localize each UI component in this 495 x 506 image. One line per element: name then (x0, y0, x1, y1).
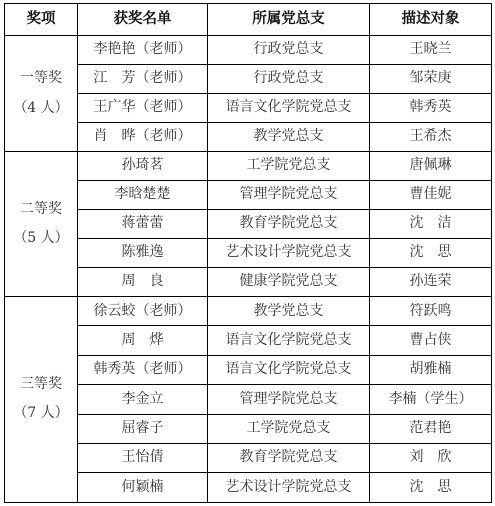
party-branch: 语言文化学院党总支 (208, 94, 370, 123)
party-branch: 语言文化学院党总支 (208, 355, 370, 384)
table-row: 蒋蕾蕾 教育学院党总支 沈 洁 (5, 210, 492, 239)
party-branch: 行政党总支 (208, 36, 370, 65)
described-person: 邹荣庚 (370, 65, 492, 94)
party-branch: 艺术设计学院党总支 (208, 239, 370, 268)
party-branch: 健康学院党总支 (208, 268, 370, 297)
party-branch: 语言文化学院党总支 (208, 326, 370, 355)
table-row: 周 烨 语言文化学院党总支 曹占侠 (5, 326, 492, 355)
award-level-label: 一等奖 (5, 71, 77, 86)
party-branch: 行政党总支 (208, 65, 370, 94)
party-branch: 艺术设计学院党总支 (208, 473, 370, 502)
header-subject: 描述对象 (370, 4, 492, 36)
award-count: （7 人） (5, 406, 77, 421)
award-level-label: 三等奖 (5, 377, 77, 392)
party-branch: 教育学院党总支 (208, 210, 370, 239)
described-person: 孙连荣 (370, 268, 492, 297)
party-branch: 工学院党总支 (208, 152, 370, 181)
winner-name: 肖 晔（老师） (78, 123, 208, 152)
table-row: 屈睿子 工学院党总支 范君艳 (5, 414, 492, 443)
award-level-label: 二等奖 (5, 202, 77, 217)
winner-name: 徐云蛟（老师） (78, 297, 208, 326)
table-row: 何颖楠 艺术设计学院党总支 沈 思 (5, 473, 492, 502)
table-row: 陈雅逸 艺术设计学院党总支 沈 思 (5, 239, 492, 268)
award-level-second: 二等奖 （5 人） (5, 152, 78, 297)
described-person: 韩秀英 (370, 94, 492, 123)
party-branch: 管理学院党总支 (208, 181, 370, 210)
winner-name: 李艳艳（老师） (78, 36, 208, 65)
header-level: 奖项 (5, 4, 78, 36)
awards-table: 奖项 获奖名单 所属党总支 描述对象 一等奖 （4 人） 李艳艳（老师） 行政党… (4, 3, 492, 503)
table-row: 周 良 健康学院党总支 孙连荣 (5, 268, 492, 297)
winner-name: 周 烨 (78, 326, 208, 355)
winner-name: 韩秀英（老师） (78, 355, 208, 384)
described-person: 曹占侠 (370, 326, 492, 355)
described-person: 沈 思 (370, 239, 492, 268)
award-level-third: 三等奖 （7 人） (5, 297, 78, 503)
described-person: 李楠（学生） (370, 385, 492, 414)
award-count: （4 人） (5, 101, 77, 116)
described-person: 沈 洁 (370, 210, 492, 239)
table-row: 王广华（老师） 语言文化学院党总支 韩秀英 (5, 94, 492, 123)
winner-name: 江 芳（老师） (78, 65, 208, 94)
party-branch: 教学党总支 (208, 297, 370, 326)
table-row: 韩秀英（老师） 语言文化学院党总支 胡雅楠 (5, 355, 492, 384)
table-row: 江 芳（老师） 行政党总支 邹荣庚 (5, 65, 492, 94)
described-person: 符跃鸣 (370, 297, 492, 326)
winner-name: 李金立 (78, 385, 208, 414)
header-branch: 所属党总支 (208, 4, 370, 36)
winner-name: 蒋蕾蕾 (78, 210, 208, 239)
party-branch: 教育学院党总支 (208, 443, 370, 472)
header-name: 获奖名单 (78, 4, 208, 36)
winner-name: 周 良 (78, 268, 208, 297)
party-branch: 管理学院党总支 (208, 385, 370, 414)
described-person: 胡雅楠 (370, 355, 492, 384)
table-row: 一等奖 （4 人） 李艳艳（老师） 行政党总支 王晓兰 (5, 36, 492, 65)
table-row: 三等奖 （7 人） 徐云蛟（老师） 教学党总支 符跃鸣 (5, 297, 492, 326)
winner-name: 孙琦茗 (78, 152, 208, 181)
party-branch: 工学院党总支 (208, 414, 370, 443)
winner-name: 王怡倩 (78, 443, 208, 472)
winner-name: 陈雅逸 (78, 239, 208, 268)
winner-name: 李晗楚楚 (78, 181, 208, 210)
winner-name: 何颖楠 (78, 473, 208, 502)
award-count: （5 人） (5, 231, 77, 246)
described-person: 曹佳妮 (370, 181, 492, 210)
header-row: 奖项 获奖名单 所属党总支 描述对象 (5, 4, 492, 36)
described-person: 唐佩琳 (370, 152, 492, 181)
described-person: 范君艳 (370, 414, 492, 443)
table-row: 王怡倩 教育学院党总支 刘 欣 (5, 443, 492, 472)
award-level-first: 一等奖 （4 人） (5, 36, 78, 152)
described-person: 刘 欣 (370, 443, 492, 472)
party-branch: 教学党总支 (208, 123, 370, 152)
winner-name: 王广华（老师） (78, 94, 208, 123)
described-person: 王晓兰 (370, 36, 492, 65)
table-row: 李晗楚楚 管理学院党总支 曹佳妮 (5, 181, 492, 210)
table-row: 肖 晔（老师） 教学党总支 王希杰 (5, 123, 492, 152)
winner-name: 屈睿子 (78, 414, 208, 443)
described-person: 沈 思 (370, 473, 492, 502)
described-person: 王希杰 (370, 123, 492, 152)
table-row: 二等奖 （5 人） 孙琦茗 工学院党总支 唐佩琳 (5, 152, 492, 181)
table-row: 李金立 管理学院党总支 李楠（学生） (5, 385, 492, 414)
